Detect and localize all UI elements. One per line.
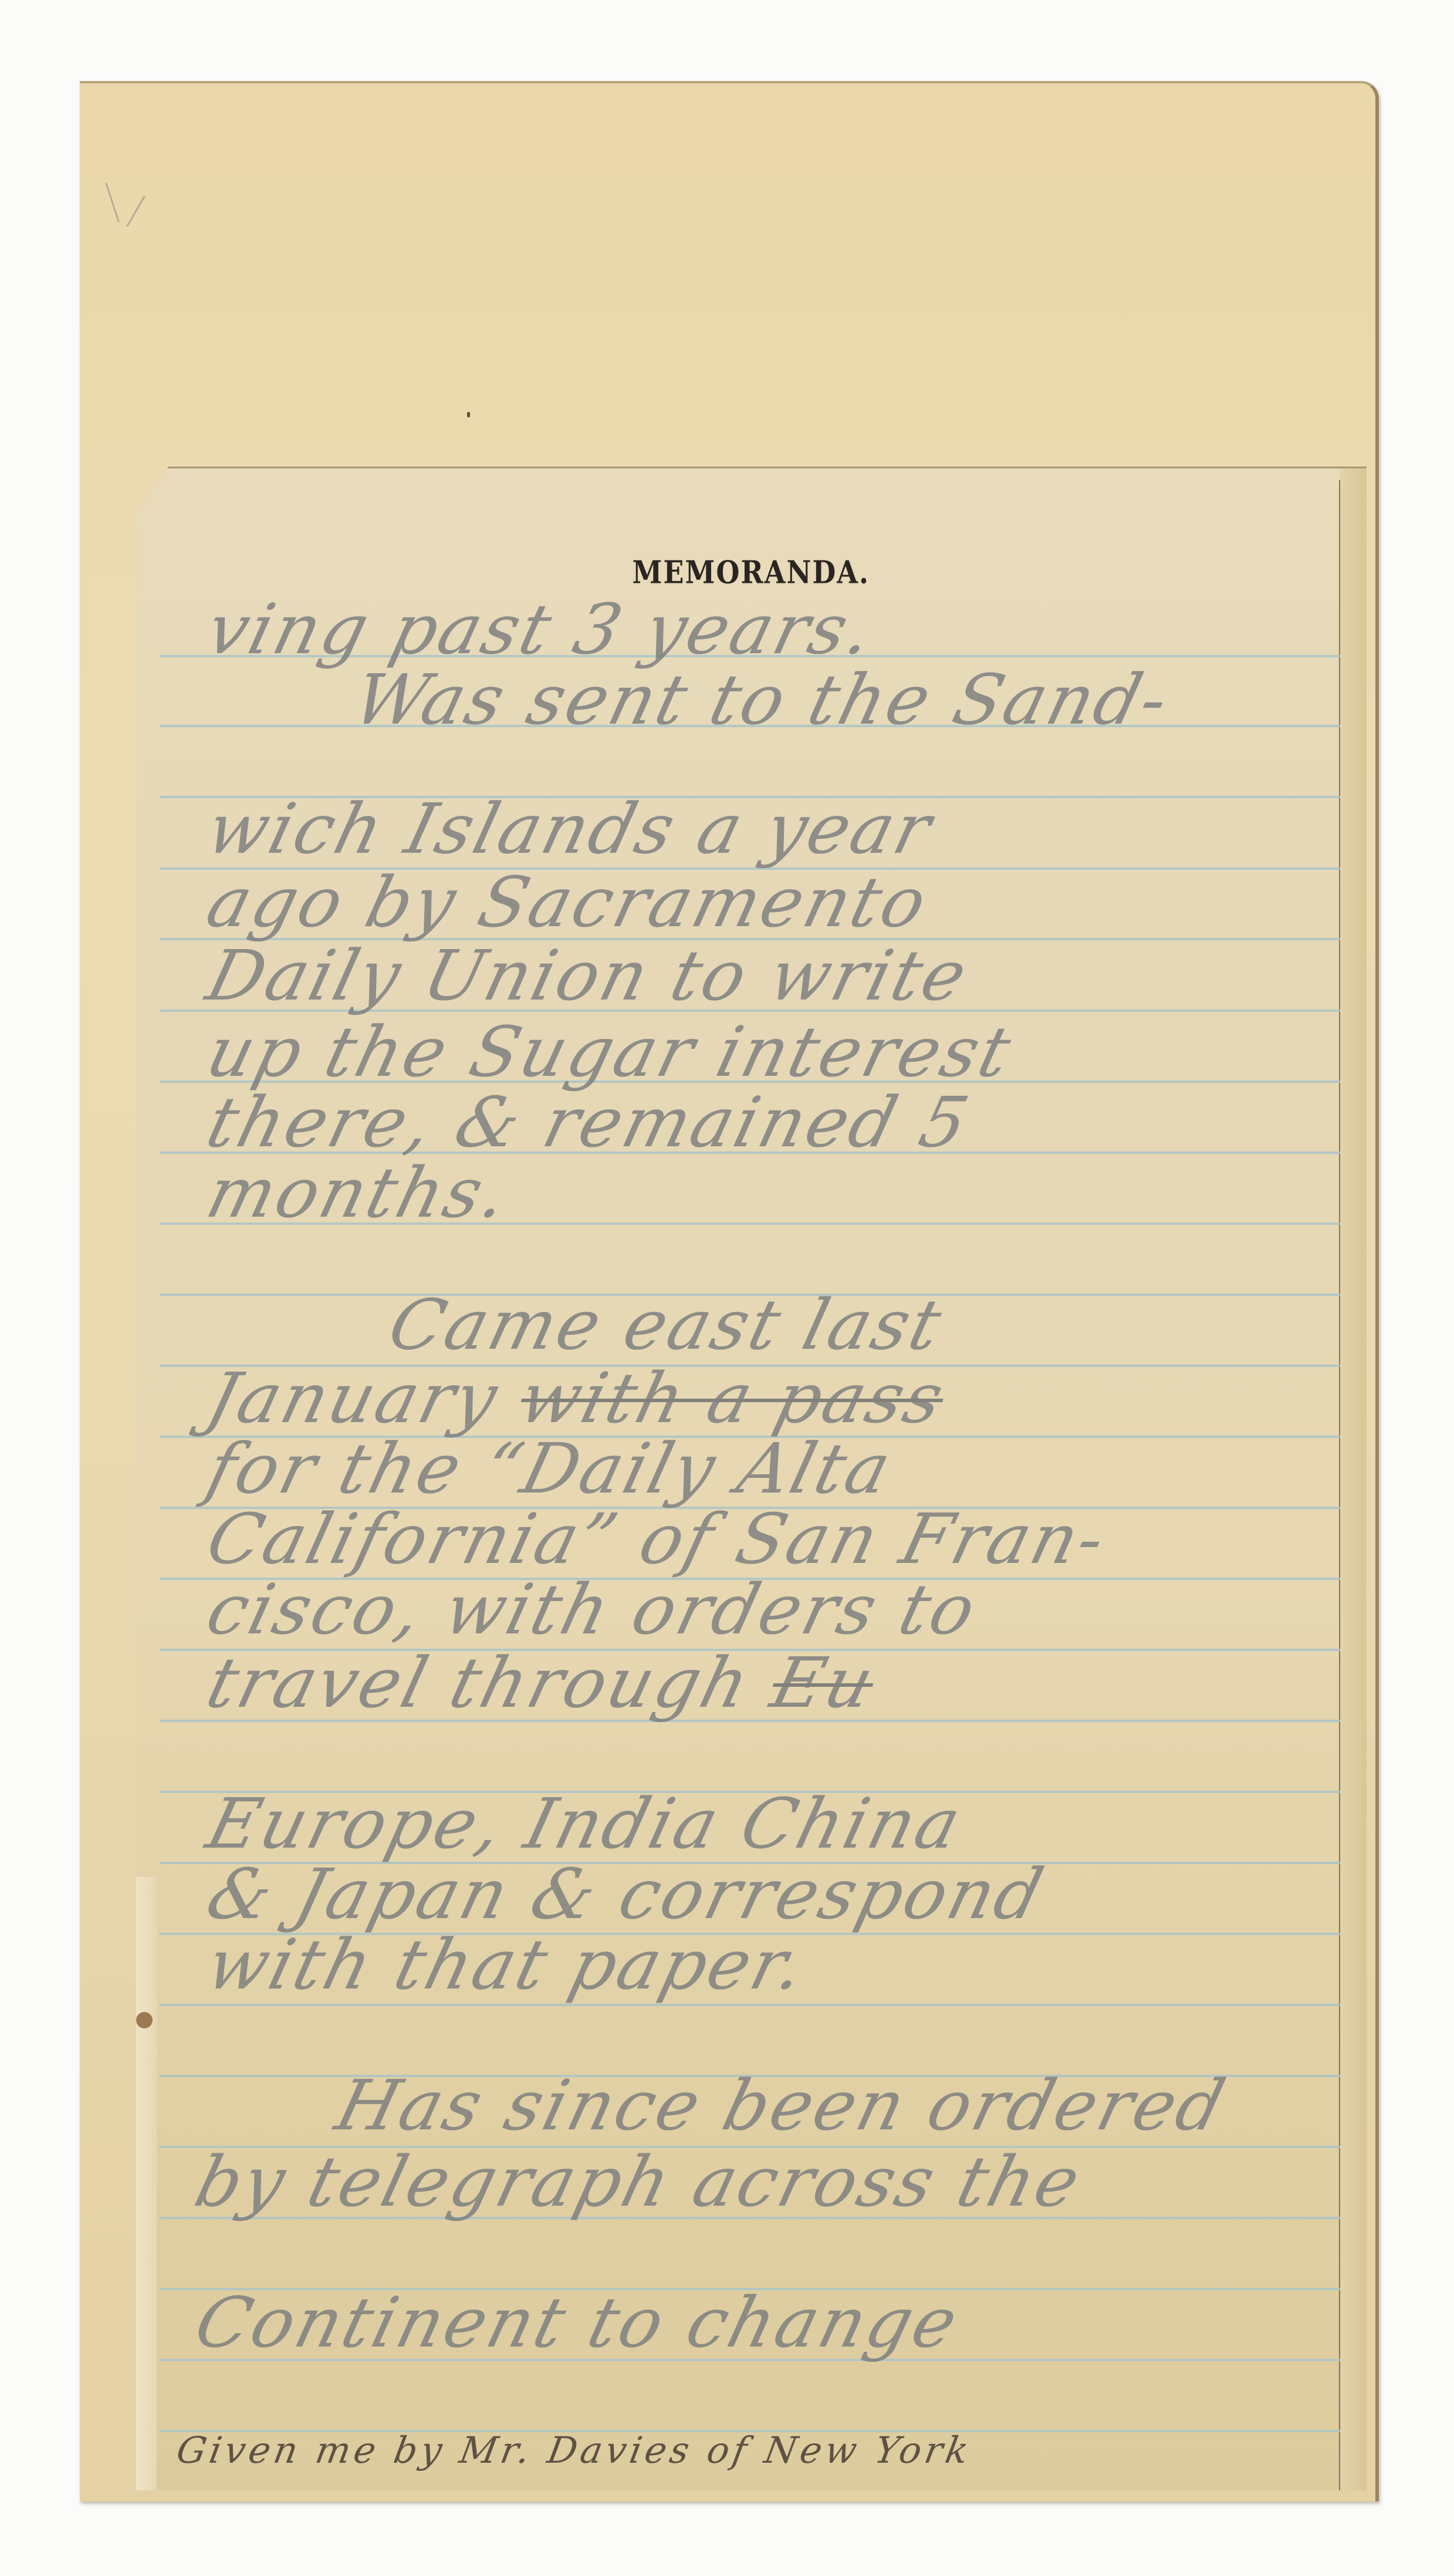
handwritten-line: Came east last [383, 1290, 950, 1359]
handwritten-line: Europe, India China [201, 1789, 969, 1858]
handwritten-line: up the Sugar interest [201, 1017, 1019, 1086]
line-text: California” of San Fran- [199, 1498, 1115, 1579]
handwritten-line: Was sent to the Sand- [347, 665, 1176, 734]
handwritten-line: Daily Union to write [201, 941, 975, 1010]
margin-check-mark-icon [106, 176, 153, 229]
handwritten-line: by telegraph across the [189, 2147, 1088, 2216]
handwritten-line: January with a pass [201, 1363, 952, 1433]
line-text: cisco, with orders to [199, 1569, 986, 1650]
handwritten-line: Continent to change [189, 2288, 966, 2357]
line-text: months. [199, 1152, 518, 1233]
line-text: Europe, India China [199, 1783, 971, 1864]
line-text: up the Sugar interest [199, 1011, 1021, 1092]
line-text: with that paper. [199, 1924, 815, 2005]
left-fold-edge [136, 1877, 157, 2490]
handwritten-line: months. [201, 1158, 516, 1227]
handwritten-line: cisco, with orders to [201, 1575, 984, 1644]
line-text: ving past 3 years. [199, 589, 883, 670]
handwritten-line: for the “Daily Alta [201, 1434, 899, 1503]
paper-speck [467, 412, 470, 417]
handwritten-line: with that paper. [201, 1930, 813, 1999]
handwritten-line: Has since been ordered [330, 2071, 1233, 2140]
line-text: there, & remained 5 [199, 1082, 979, 1163]
right-margin-line [1339, 480, 1340, 2490]
line-text: travel through [199, 1642, 784, 1723]
line-text: Continent to change [188, 2282, 968, 2363]
line-text: for the “Daily Alta [199, 1428, 901, 1509]
handwritten-line: & Japan & correspond [201, 1859, 1051, 1929]
struck-text: Eu [763, 1642, 884, 1723]
handwritten-line: California” of San Fran- [201, 1504, 1114, 1574]
line-text: & Japan & correspond [199, 1853, 1053, 1934]
handwritten-line: travel through Eu [201, 1648, 882, 1717]
line-text: Came east last [381, 1284, 952, 1365]
struck-text: with a pass [512, 1358, 953, 1439]
handwritten-line: ving past 3 years. [201, 595, 881, 664]
line-text: ago by Sacramento [199, 862, 937, 943]
line-text: Was sent to the Sand- [346, 659, 1178, 740]
scan-background: MEMORANDA. ving past 3 years. Was sent t… [0, 0, 1454, 2576]
line-text: by telegraph across the [188, 2141, 1090, 2222]
ink-annotation: Given me by Mr. Davies of New York [174, 2429, 975, 2472]
memo-sheet: MEMORANDA. ving past 3 years. Was sent t… [136, 467, 1367, 2490]
paper-stain [136, 2012, 153, 2028]
line-text: Has since been ordered [329, 2065, 1235, 2146]
handwritten-line: ago by Sacramento [201, 867, 935, 937]
line-text: Daily Union to write [199, 935, 977, 1016]
line-text: January [199, 1358, 532, 1439]
right-fold-edge [1340, 468, 1367, 2490]
printed-heading: MEMORANDA. [136, 554, 870, 590]
handwritten-line: wich Islands a year [201, 794, 940, 863]
line-text: wich Islands a year [199, 788, 942, 869]
handwritten-line: there, & remained 5 [201, 1088, 977, 1157]
